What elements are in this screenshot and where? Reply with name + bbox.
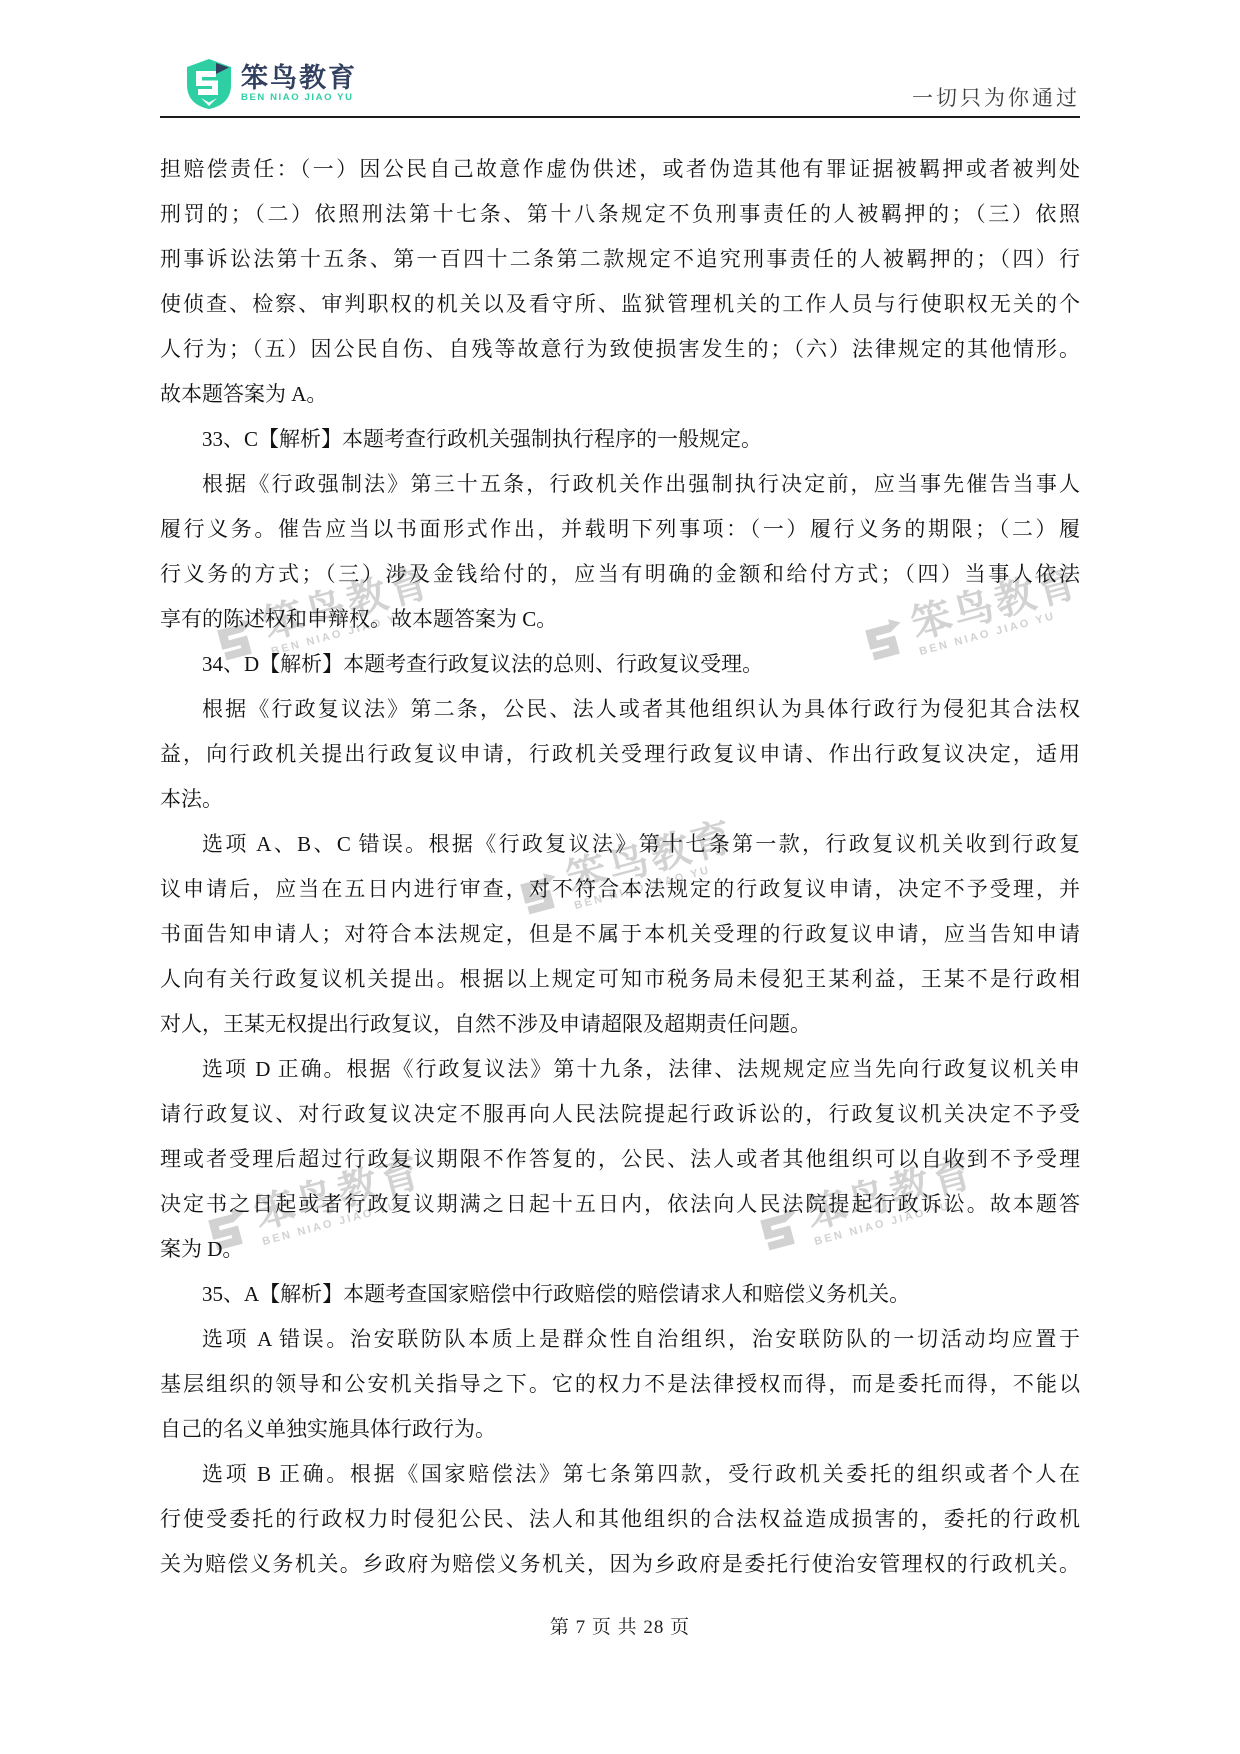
body-line: 人向有关行政复议机关提出。根据以上规定可知市税务局未侵犯王某利益，王某不是行政相 [160, 957, 1080, 1002]
body-line: 理或者受理后超过行政复议期限不作答复的，公民、法人或者其他组织可以自收到不予受理 [160, 1137, 1080, 1182]
body-line: 35、A【解析】本题考查国家赔偿中行政赔偿的赔偿请求人和赔偿义务机关。 [160, 1272, 1080, 1317]
body-line: 34、D【解析】本题考查行政复议法的总则、行政复议受理。 [160, 642, 1080, 687]
document-body: 担赔偿责任：（一）因公民自己故意作虚伪供述，或者伪造其他有罪证据被羁押或者被判处… [160, 147, 1080, 1587]
document-page: 笨鸟教育 BEN NIAO JIAO YU 笨鸟教育 BEN NIAO JIAO… [0, 0, 1240, 1754]
body-line: 请行政复议、对行政复议决定不服再向人民法院提起行政诉讼的，行政复议机关决定不予受 [160, 1092, 1080, 1137]
body-line: 基层组织的领导和公安机关指导之下。它的权力不是法律授权而得，而是委托而得，不能以 [160, 1362, 1080, 1407]
body-line: 决定书之日起或者行政复议期满之日起十五日内，依法向人民法院提起行政诉讼。故本题答 [160, 1182, 1080, 1227]
brand-name-cn: 笨鸟教育 [241, 64, 357, 92]
body-line: 根据《行政复议法》第二条，公民、法人或者其他组织认为具体行政行为侵犯其合法权 [160, 687, 1080, 732]
page-number: 第 7 页 共 28 页 [550, 1617, 690, 1638]
brand-logo-text: 笨鸟教育 BEN NIAO JIAO YU [241, 64, 357, 104]
body-line: 人行为；（五）因公民自伤、自残等故意行为致使损害发生的；（六）法律规定的其他情形… [160, 327, 1080, 372]
body-line: 享有的陈述权和申辩权。故本题答案为 C。 [160, 597, 1080, 642]
body-line: 履行义务。催告应当以书面形式作出，并载明下列事项：（一）履行义务的期限；（二）履 [160, 507, 1080, 552]
body-line: 议申请后，应当在五日内进行审查，对不符合本法规定的行政复议申请，决定不予受理，并 [160, 867, 1080, 912]
body-line: 书面告知申请人；对符合本法规定，但是不属于本机关受理的行政复议申请，应当告知申请 [160, 912, 1080, 957]
body-line: 担赔偿责任：（一）因公民自己故意作虚伪供述，或者伪造其他有罪证据被羁押或者被判处 [160, 147, 1080, 192]
body-line: 本法。 [160, 777, 1080, 822]
brand-logo: 笨鸟教育 BEN NIAO JIAO YU [186, 58, 357, 110]
body-line: 刑罚的；（二）依照刑法第十七条、第十八条规定不负刑事责任的人被羁押的；（三）依照 [160, 192, 1080, 237]
header-slogan: 一切只为你通过 [912, 82, 1080, 112]
body-line: 自己的名义单独实施具体行政行为。 [160, 1407, 1080, 1452]
brand-name-en: BEN NIAO JIAO YU [241, 92, 357, 104]
page-footer: 第 7 页 共 28 页 [0, 1612, 1240, 1639]
body-line: 案为 D。 [160, 1227, 1080, 1272]
body-line: 选项 D 正确。根据《行政复议法》第十九条，法律、法规规定应当先向行政复议机关申 [160, 1047, 1080, 1092]
body-line: 对人，王某无权提出行政复议，自然不涉及申请超限及超期责任问题。 [160, 1002, 1080, 1047]
header-divider [160, 116, 1080, 118]
body-line: 刑事诉讼法第十五条、第一百四十二条第二款规定不追究刑事责任的人被羁押的；（四）行 [160, 237, 1080, 282]
body-line: 关为赔偿义务机关。乡政府为赔偿义务机关，因为乡政府是委托行使治安管理权的行政机关… [160, 1542, 1080, 1587]
body-line: 行使受委托的行政权力时侵犯公民、法人和其他组织的合法权益造成损害的，委托的行政机 [160, 1497, 1080, 1542]
body-line: 根据《行政强制法》第三十五条，行政机关作出强制执行决定前，应当事先催告当事人 [160, 462, 1080, 507]
body-line: 选项 A 错误。治安联防队本质上是群众性自治组织，治安联防队的一切活动均应置于 [160, 1317, 1080, 1362]
brand-shield-bird-icon [186, 58, 232, 110]
body-line: 选项 A、B、C 错误。根据《行政复议法》第十七条第一款，行政复议机关收到行政复 [160, 822, 1080, 867]
body-line: 使侦查、检察、审判职权的机关以及看守所、监狱管理机关的工作人员与行使职权无关的个 [160, 282, 1080, 327]
body-line: 行义务的方式；（三）涉及金钱给付的，应当有明确的金额和给付方式；（四）当事人依法 [160, 552, 1080, 597]
body-line: 33、C【解析】本题考查行政机关强制执行程序的一般规定。 [160, 417, 1080, 462]
body-line: 益，向行政机关提出行政复议申请，行政机关受理行政复议申请、作出行政复议决定，适用 [160, 732, 1080, 777]
body-line: 故本题答案为 A。 [160, 372, 1080, 417]
body-line: 选项 B 正确。根据《国家赔偿法》第七条第四款，受行政机关委托的组织或者个人在 [160, 1452, 1080, 1497]
